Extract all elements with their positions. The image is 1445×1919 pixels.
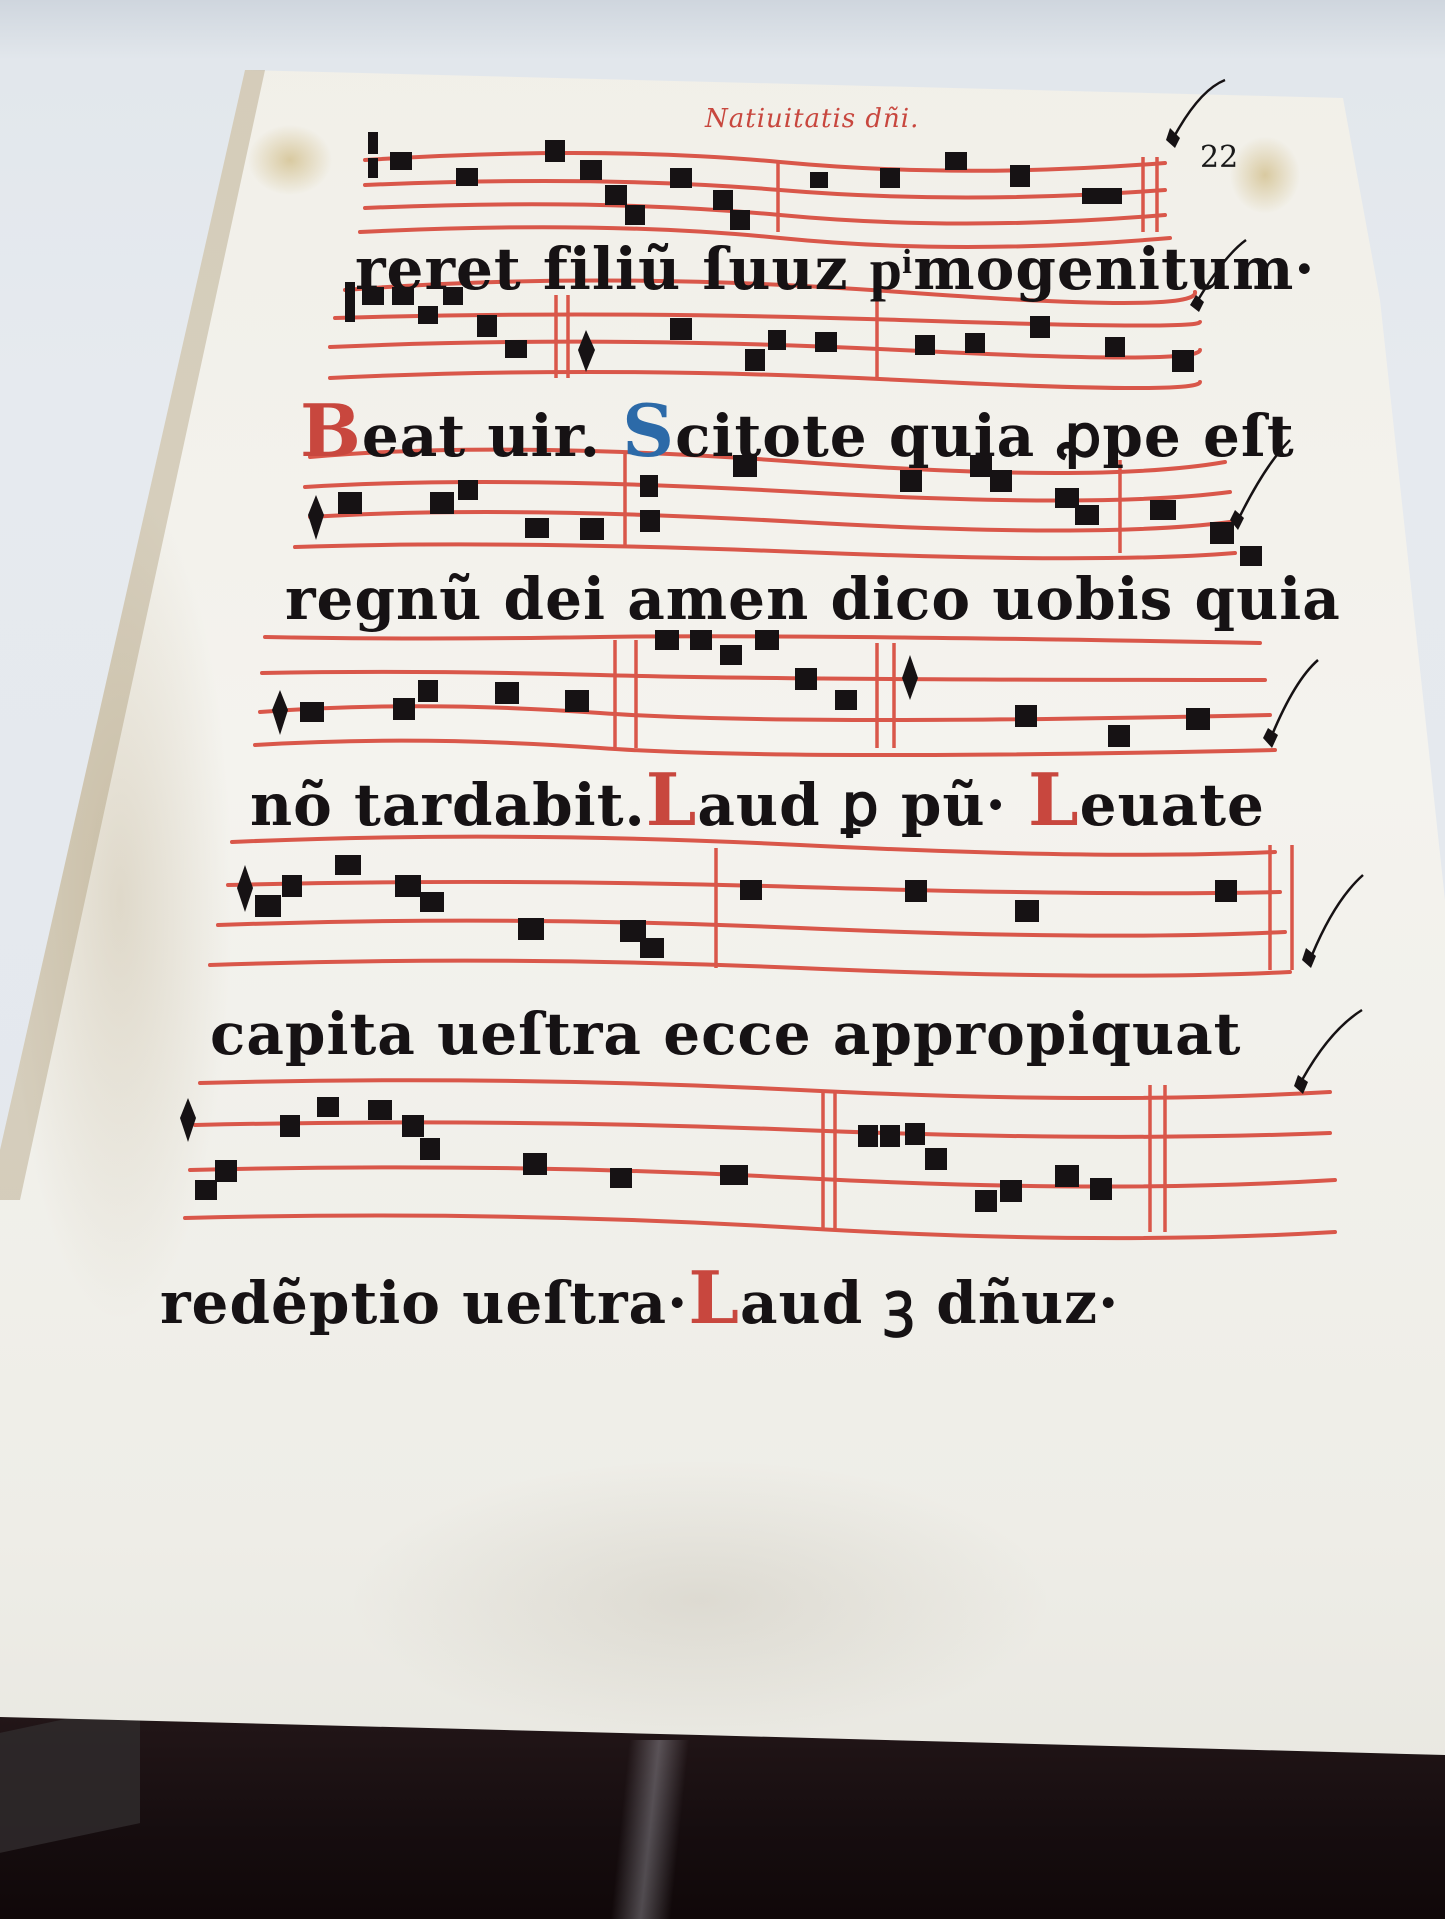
- blue-initial-s: S: [622, 388, 675, 473]
- lyric-text: redẽptio ueſtra·: [160, 1269, 688, 1337]
- red-initial-l: L: [646, 757, 698, 842]
- lyric-text: aud ꝫ dñuz·: [740, 1269, 1119, 1337]
- lyric-line-1: reret filiũ ſuuz pͥmogenitum·: [355, 235, 1316, 303]
- lyric-line-5: capita ueſtra ecce appropiquat: [210, 1000, 1241, 1068]
- lyric-text: reret filiũ ſuuz pͥmogenitum·: [355, 235, 1316, 303]
- folio-number: 22: [1200, 140, 1238, 175]
- lyric-text: euate: [1080, 771, 1265, 839]
- lyric-line-2: Beat uir. Scitote quia ꝓpe eſt: [300, 388, 1295, 473]
- lyric-text: capita ueſtra ecce appropiquat: [210, 1000, 1241, 1068]
- lyric-text: citote quia ꝓpe eſt: [675, 402, 1294, 470]
- lyric-text: regnũ dei amen dico uobis quia: [285, 565, 1341, 633]
- red-initial-b: B: [300, 388, 362, 473]
- lyric-line-4: nõ tardabit.Laud ꝑ pũ· Leuate: [250, 757, 1265, 842]
- lyric-text: aud ꝑ pũ·: [697, 771, 1028, 839]
- lyric-text: eat uir.: [362, 402, 622, 470]
- lyric-line-6: redẽptio ueſtra·Laud ꝫ dñuz·: [160, 1255, 1119, 1340]
- lyric-line-3: regnũ dei amen dico uobis quia: [285, 565, 1341, 633]
- red-initial-l-3: L: [688, 1255, 740, 1340]
- red-initial-l-2: L: [1028, 757, 1080, 842]
- rubric-heading: Natiuitatis dñi.: [705, 104, 919, 134]
- lyric-text: nõ tardabit.: [250, 771, 646, 839]
